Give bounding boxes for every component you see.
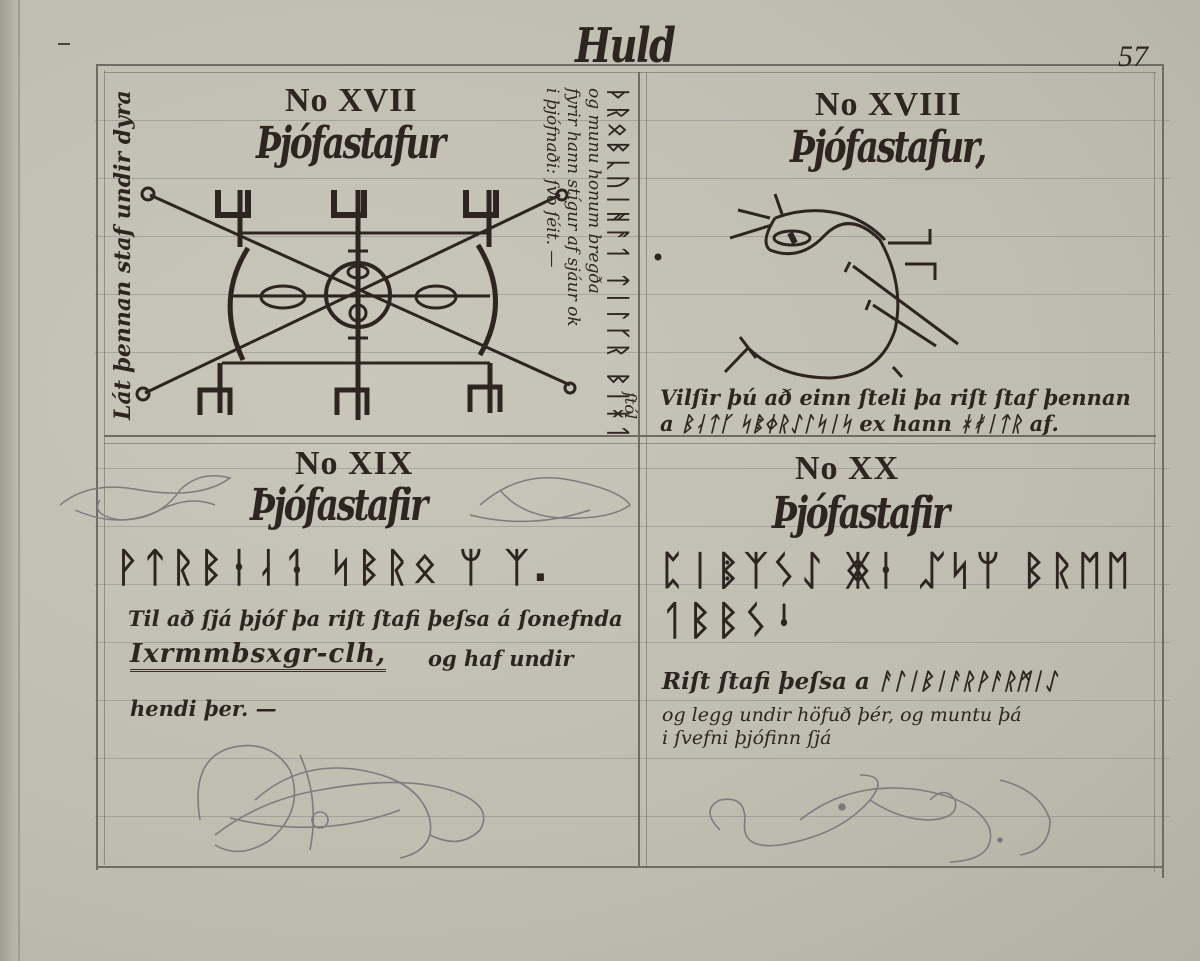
manuscript-page: Huld 57 No XVII Þjófastafur Lát þennan s…: [0, 0, 1200, 961]
flourish-bottom-right-icon: [0, 0, 1200, 961]
